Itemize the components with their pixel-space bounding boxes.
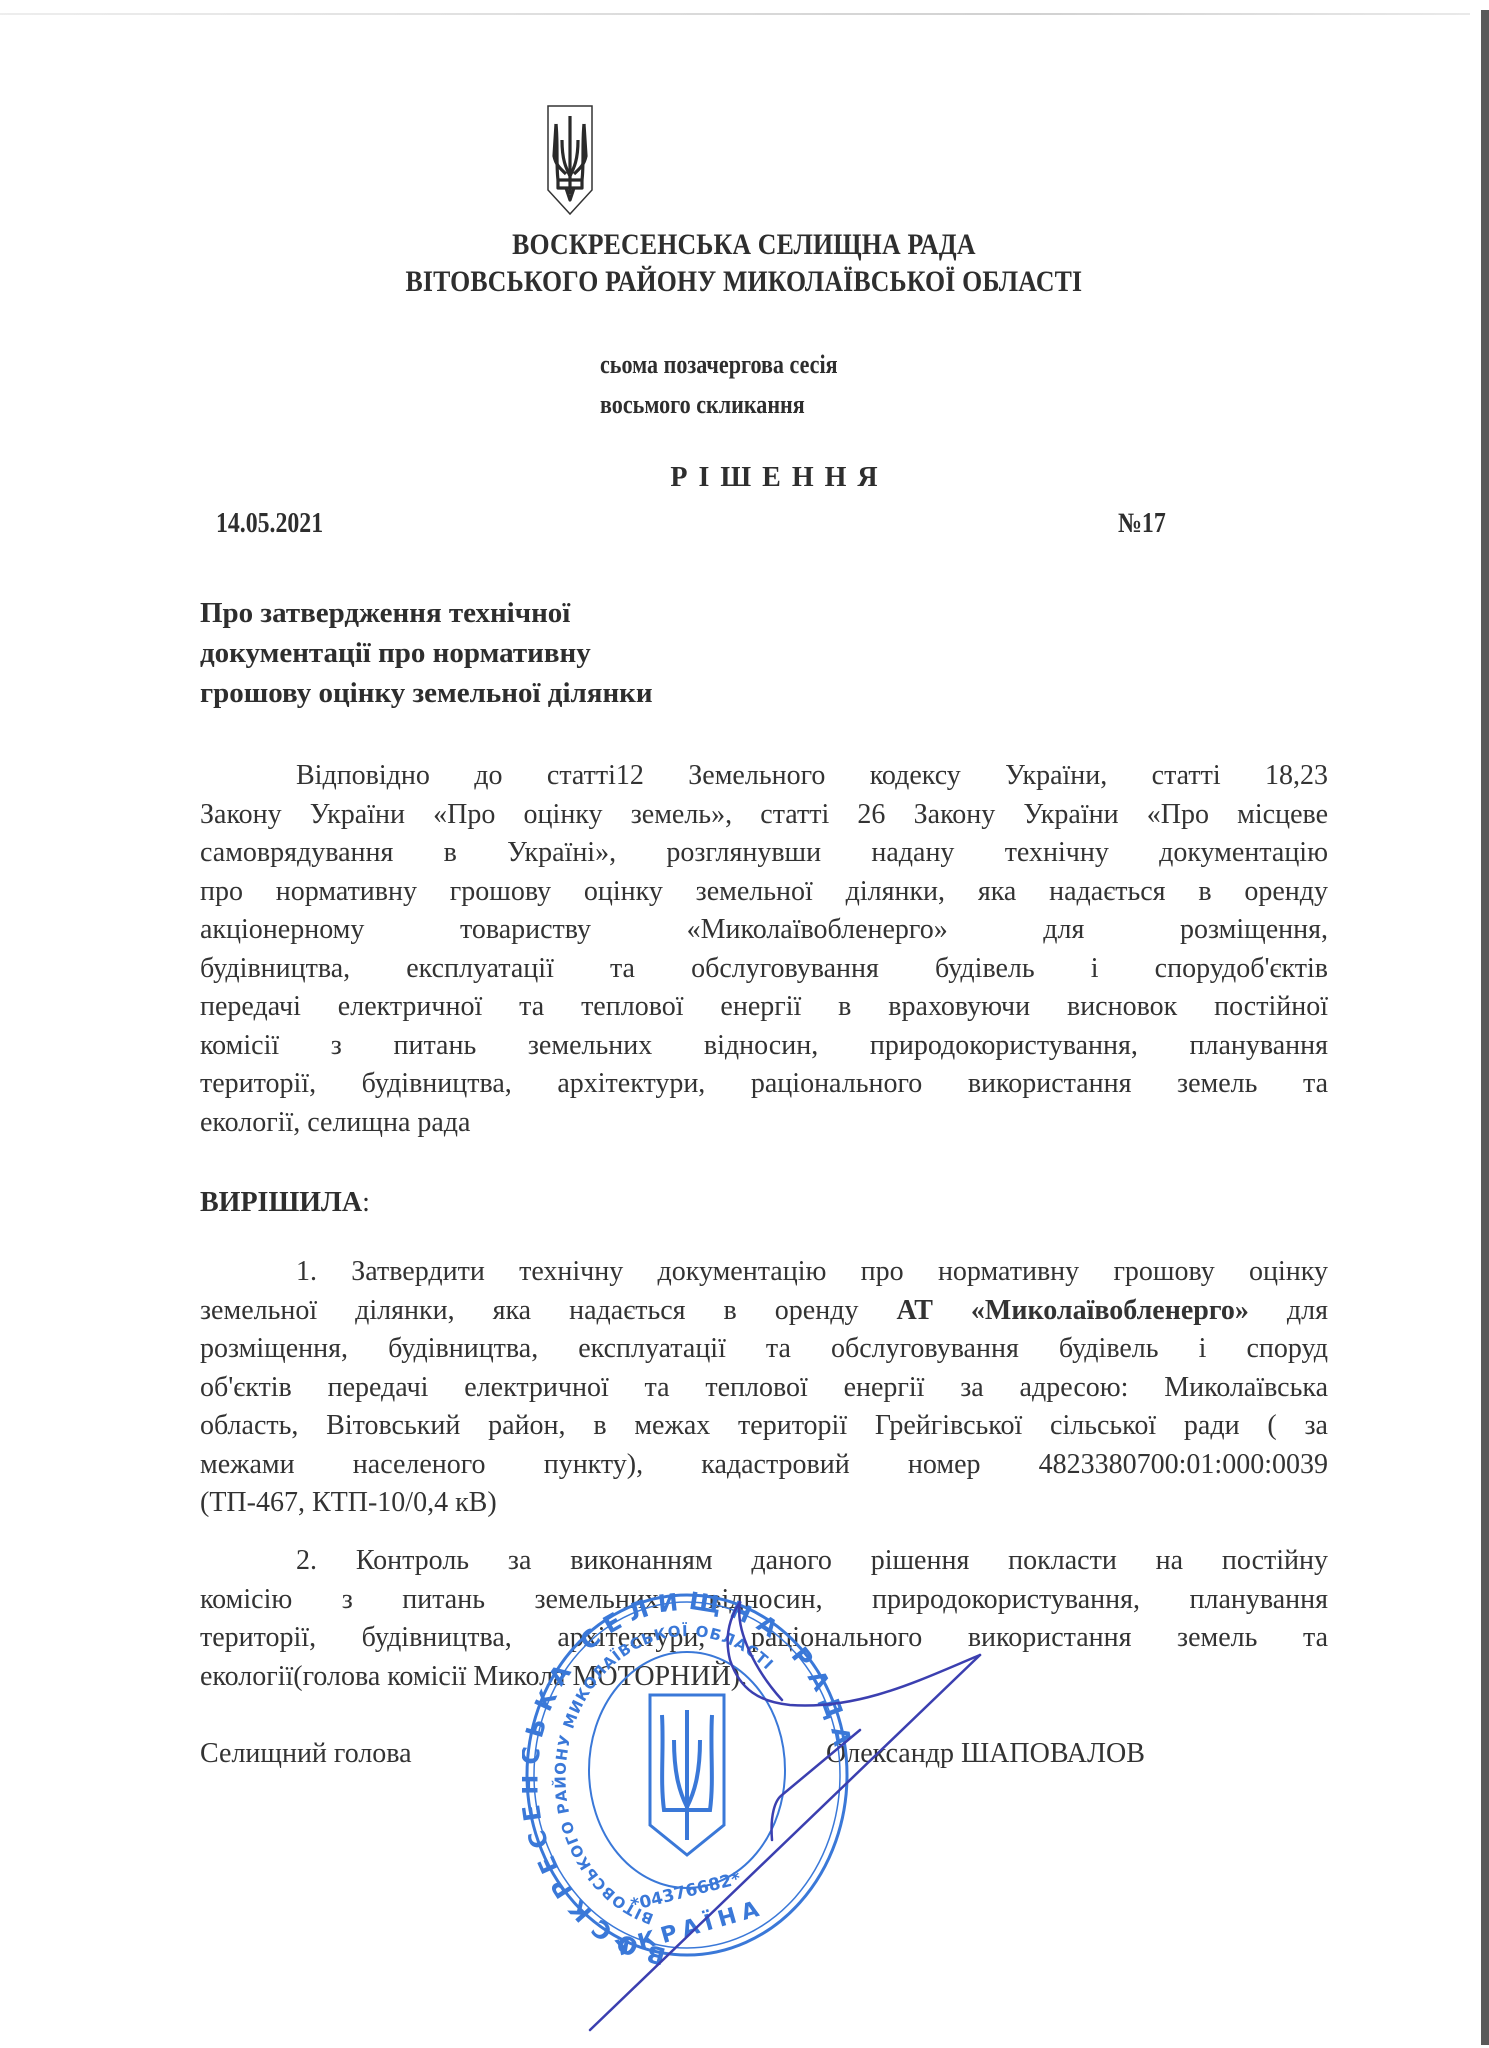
preamble-line: Відповідно до статті12 Земельного кодекс… xyxy=(200,757,1328,796)
decision-number: №17 xyxy=(1118,508,1166,540)
subject-line: Про затвердження технічної xyxy=(200,593,653,633)
preamble-line: акціонерному товариству «Миколаївобленер… xyxy=(200,911,1328,950)
item-text: для xyxy=(1249,1295,1328,1326)
item-line: розміщення, будівництва, експлуатації та… xyxy=(200,1330,1328,1369)
decision-date: 14.05.2021 xyxy=(216,508,323,540)
resolution-item-1: 1. Затвердити технічну документацію про … xyxy=(200,1253,1328,1523)
document-type: РІШЕННЯ xyxy=(0,462,1489,494)
preamble-line: передачі електричної та теплової енергії… xyxy=(200,988,1328,1027)
preamble-line: комісії з питань земельних відносин, при… xyxy=(200,1027,1328,1066)
preamble-line: будівництва, експлуатації та обслуговува… xyxy=(200,950,1328,989)
org-name-line2: ВІТОВСЬКОГО РАЙОНУ МИКОЛАЇВСЬКОЇ ОБЛАСТІ xyxy=(104,265,1385,299)
decision-subject: Про затвердження технічної документації … xyxy=(200,593,653,713)
resolved-label: ВИРІШИЛА xyxy=(200,1187,362,1218)
company-name: АТ «Миколаївобленерго» xyxy=(896,1295,1248,1326)
item-line: об'єктів передачі електричної та теплово… xyxy=(200,1369,1328,1408)
item-line: область, Вітовський район, в межах терит… xyxy=(200,1407,1328,1446)
session-line2: восьмого скликання xyxy=(600,390,805,420)
handwritten-signature xyxy=(560,1600,1020,2040)
org-name-line1: ВОСКРЕСЕНСЬКА СЕЛИЩНА РАДА xyxy=(104,228,1385,262)
preamble-line: самоврядування в Україні», розглянувши н… xyxy=(200,834,1328,873)
signer-title: Селищний голова xyxy=(200,1738,412,1770)
resolved-heading: ВИРІШИЛА: xyxy=(200,1187,370,1219)
preamble-line: про нормативну грошову оцінку земельної … xyxy=(200,873,1328,912)
item-line: межами населеного пункту), кадастровий н… xyxy=(200,1446,1328,1485)
preamble-line: екології, селищна рада xyxy=(200,1104,1328,1143)
scan-edge-bar xyxy=(1481,10,1489,2045)
coat-of-arms-icon xyxy=(546,104,594,216)
subject-line: грошову оцінку земельної ділянки xyxy=(200,673,653,713)
item-line: (ТП-467, КТП-10/0,4 кВ) xyxy=(200,1484,1328,1523)
scan-edge-line xyxy=(0,13,1470,15)
item-line: 1. Затвердити технічну документацію про … xyxy=(200,1253,1328,1292)
resolved-colon: : xyxy=(362,1187,370,1218)
session-line1: сьома позачергова сесія xyxy=(600,350,838,380)
subject-line: документації про нормативну xyxy=(200,633,653,673)
item-text: земельної ділянки, яка надається в оренд… xyxy=(200,1295,896,1326)
preamble-paragraph: Відповідно до статті12 Земельного кодекс… xyxy=(200,757,1328,1142)
preamble-line: Закону України «Про оцінку земель», стат… xyxy=(200,796,1328,835)
document-page: ВОСКРЕСЕНСЬКА СЕЛИЩНА РАДА ВІТОВСЬКОГО Р… xyxy=(0,0,1489,2048)
preamble-line: території, будівництва, архітектури, рац… xyxy=(200,1065,1328,1104)
item-line: земельної ділянки, яка надається в оренд… xyxy=(200,1292,1328,1331)
